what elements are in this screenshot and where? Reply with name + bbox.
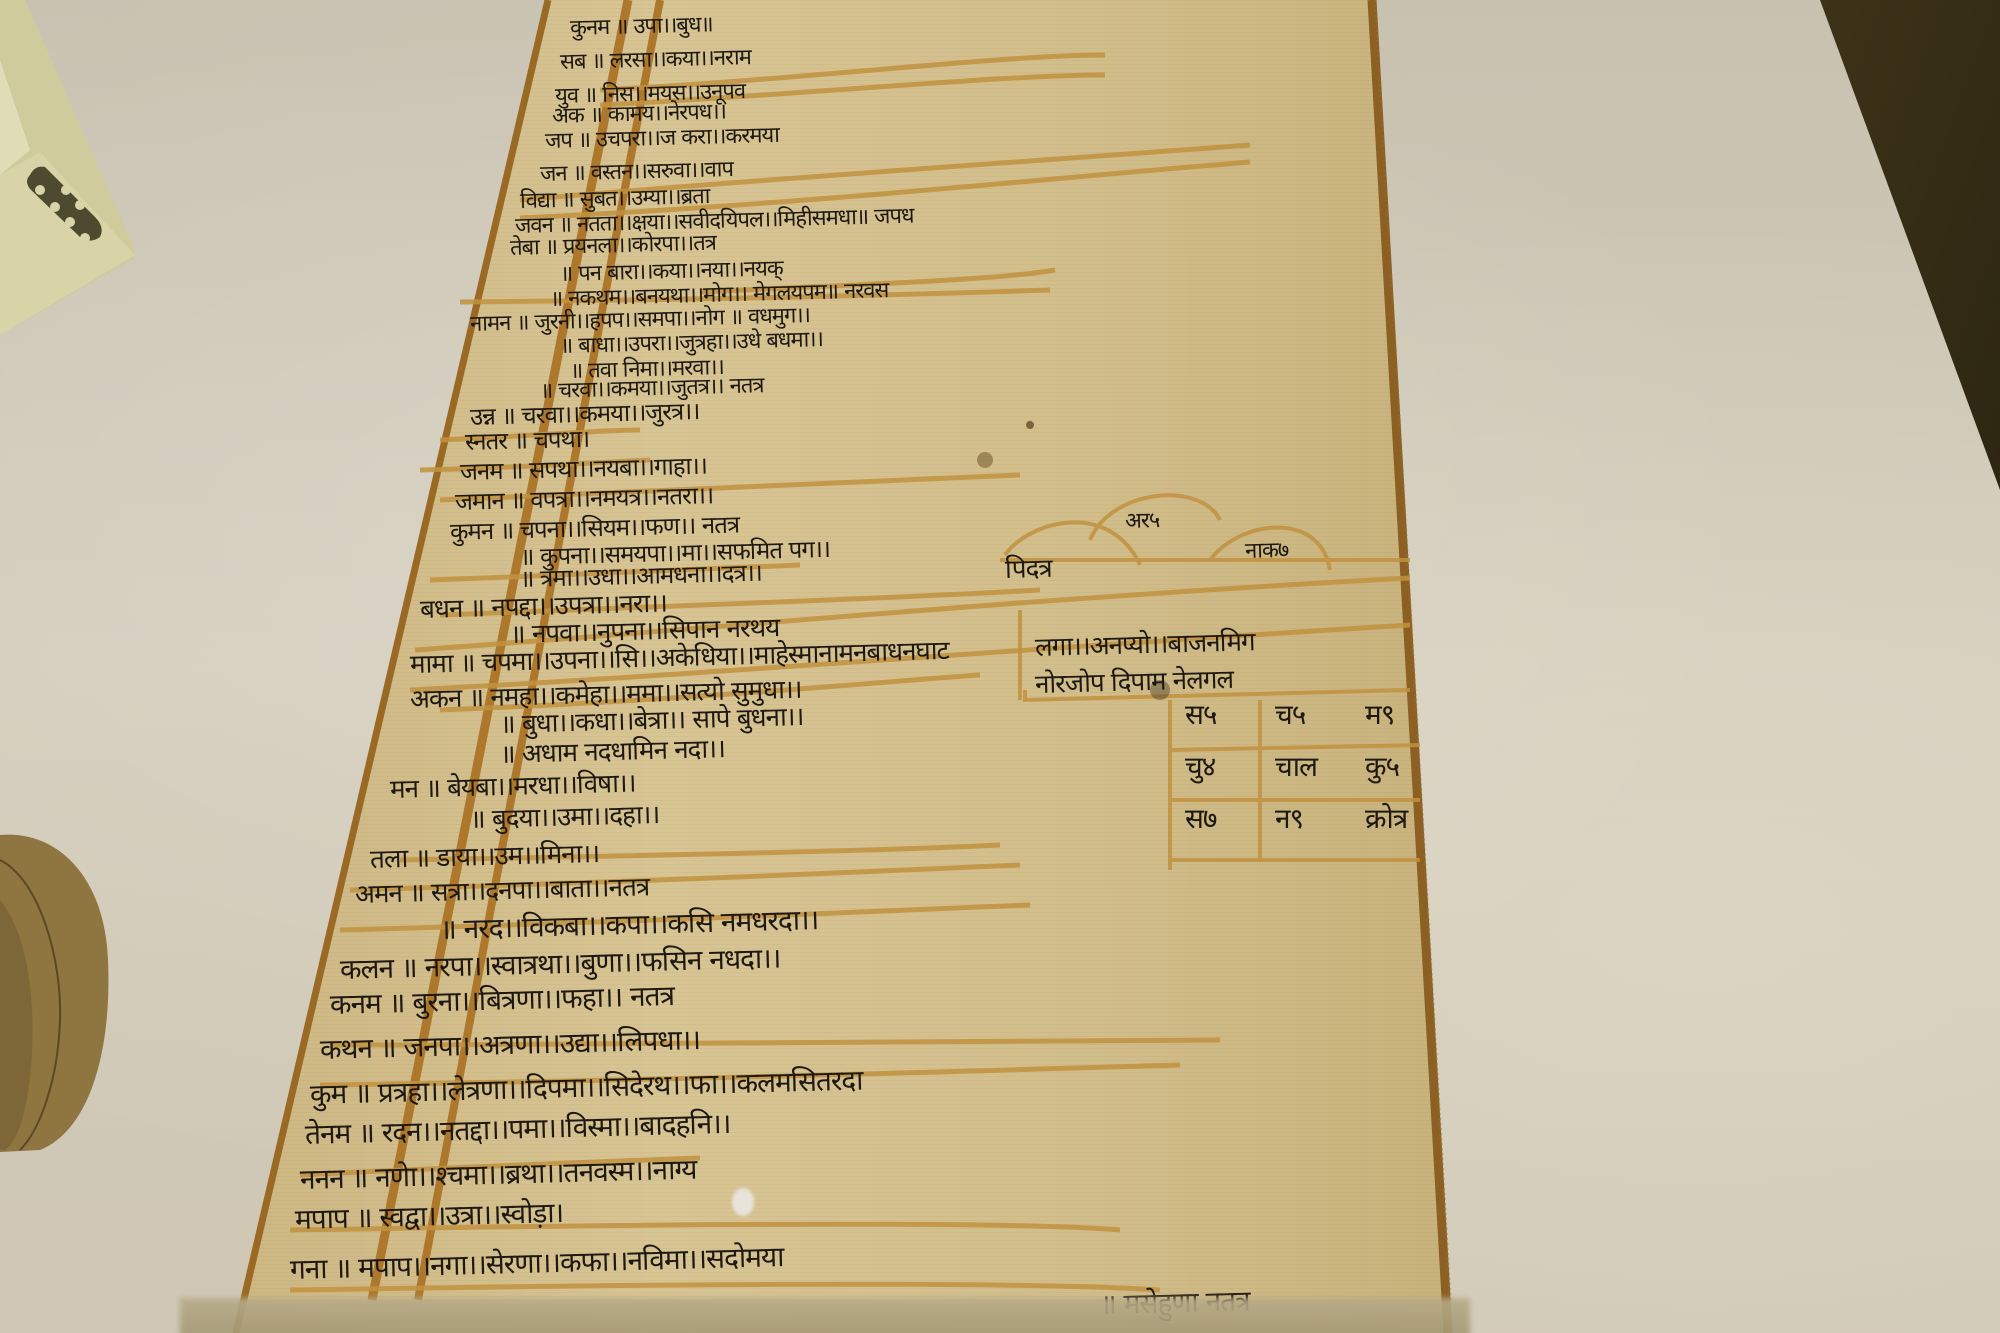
manuscript-line: ॥ बुदया।।उमा।।दहा।। xyxy=(470,795,660,836)
cloth-hole xyxy=(732,1188,754,1216)
manuscript-line: जप ॥ उचपरा।।ज करा।।करमया xyxy=(545,119,780,155)
photo-scene: कुनम ॥ उपा।।बुध॥सब ॥ लरसा।।कया।।नरामयुव … xyxy=(0,0,2000,1333)
manuscript-line: अमन ॥ सत्रा।।दनपा।।बाता।।नतत्र xyxy=(355,867,650,911)
side-annotation: पिदत्र xyxy=(1005,549,1053,586)
numeral-cell: कु५ xyxy=(1365,747,1399,785)
numeral-cell: स५ xyxy=(1185,695,1217,733)
manuscript-line: कुनम ॥ उपा।।बुध॥ xyxy=(570,8,713,42)
manuscript-scroll xyxy=(0,0,2000,1333)
numeral-cell: म९ xyxy=(1365,695,1394,733)
numeral-cell: चाल xyxy=(1275,747,1317,785)
side-annotation: नाक७ xyxy=(1245,534,1289,565)
manuscript-line: मपाप ॥ स्वद्वा।।उत्रा।।स्वोड़ा। xyxy=(295,1193,564,1238)
side-annotation: लगा।।अनप्यो।।बाजनमिग xyxy=(1035,622,1255,664)
numeral-cell: स७ xyxy=(1185,799,1217,837)
side-annotation: अर५ xyxy=(1125,504,1160,535)
numeral-cell: क्रोत्र xyxy=(1365,799,1407,837)
numeral-cell: न९ xyxy=(1275,799,1303,837)
manuscript-line: सब ॥ लरसा।।कया।।नराम xyxy=(560,41,752,76)
numeral-cell: च५ xyxy=(1275,695,1305,733)
numeral-cell: चु४ xyxy=(1185,747,1215,785)
foreground-blur-edge xyxy=(180,1298,1470,1333)
